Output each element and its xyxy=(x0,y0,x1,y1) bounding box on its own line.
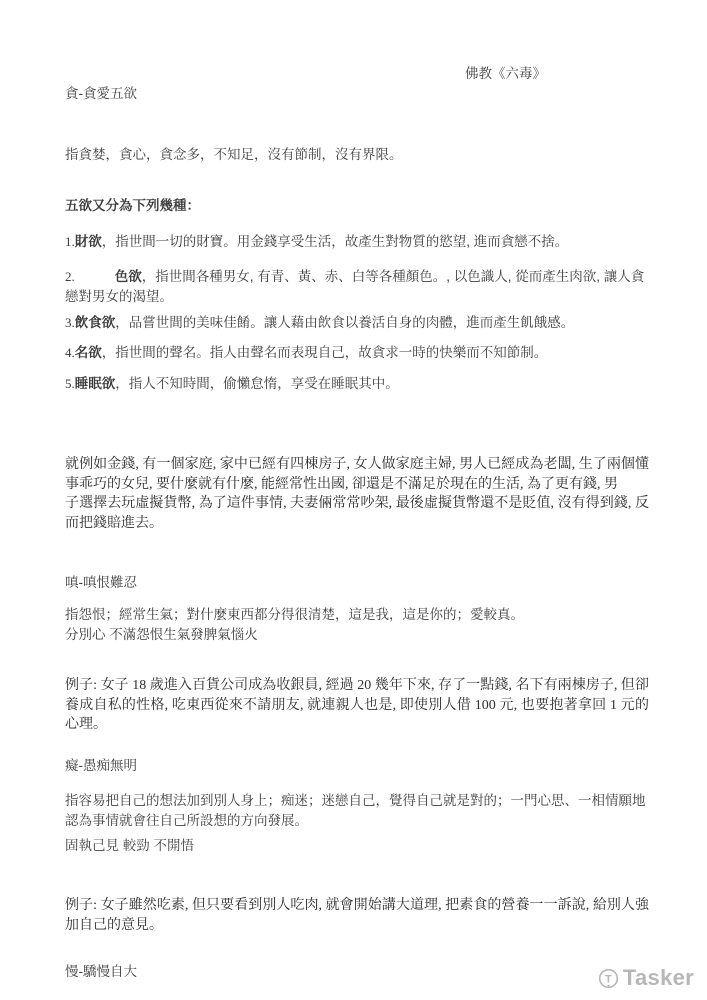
document-title: 佛教《六毒》 xyxy=(465,62,546,82)
item-term: 色欲 xyxy=(115,269,142,284)
document-page: 佛教《六毒》 貪-貪愛五欲 指貪婪，貪心，貪念多，不知足，沒有節制，沒有界限。 … xyxy=(0,0,707,1000)
desire-item-food: 3.飲食欲，品嘗世間的美味佳餚。讓人藉由飲食以養活自身的肉體，進而產生飢餓感。 xyxy=(65,313,649,333)
ignorance-note: 固執己見 較勁 不開悟 xyxy=(65,836,649,856)
ignorance-definition: 指容易把自己的想法加到別人身上；痴迷；迷戀自己，覺得自己就是對的；一門心思、一相… xyxy=(65,791,649,831)
svg-text:T: T xyxy=(605,973,612,985)
section-heading-anger: 嗔-嗔恨難忍 xyxy=(65,573,649,593)
item-text: ，指世間的聲名。指人由聲名而表現自己，故貪求一時的快樂而不知節制。 xyxy=(102,345,548,360)
greed-definition: 指貪婪，貪心，貪念多，不知足，沒有節制，沒有界限。 xyxy=(65,145,649,165)
ignorance-example: 例子: 女子雖然吃素, 但只要看到別人吃肉, 就會開始講大道理, 把素食的營養一… xyxy=(65,896,649,935)
item-text: ，指人不知時間，偷懶怠惰，享受在睡眠其中。 xyxy=(115,376,399,391)
item-number: 5. xyxy=(65,376,75,391)
desire-item-wealth: 1.財欲，指世間一切的財寶。用金錢享受生活，故產生對物質的慾望, 進而貪戀不捨。 xyxy=(65,232,649,252)
item-term: 睡眠欲 xyxy=(75,376,116,391)
tasker-logo-icon: T xyxy=(597,967,620,990)
anger-definition: 指怨恨；經常生氣；對什麼東西都分得很清楚，這是我，這是你的；愛較真。 分別心 不… xyxy=(65,605,649,645)
item-term: 財欲 xyxy=(75,234,102,249)
item-term: 飲食欲 xyxy=(75,315,116,330)
anger-example: 例子: 女子 18 歲進入百貨公司成為收銀員, 經過 20 幾年下來, 存了一點… xyxy=(65,676,649,735)
item-text: ，指世間一切的財寶。用金錢享受生活，故產生對物質的慾望, 進而貪戀不捨。 xyxy=(102,234,569,249)
watermark: T Tasker xyxy=(597,965,694,991)
desire-item-fame: 4.名欲，指世間的聲名。指人由聲名而表現自己，故貪求一時的快樂而不知節制。 xyxy=(65,343,649,363)
desire-item-sleep: 5.睡眠欲，指人不知時間，偷懶怠惰，享受在睡眠其中。 xyxy=(65,374,649,394)
greed-example: 就例如金錢, 有一個家庭, 家中已經有四棟房子, 女人做家庭主婦, 男人已經成為… xyxy=(65,455,649,533)
item-text: ，品嘗世間的美味佳餚。讓人藉由飲食以養活自身的肉體，進而產生飢餓感。 xyxy=(115,315,574,330)
desire-item-lust: 2.色欲，指世間各種男女, 有青、黃、赤、白等各種顏色。, 以色識人, 從而產生… xyxy=(65,267,649,307)
section-heading-greed: 貪-貪愛五欲 xyxy=(65,84,649,104)
item-number: 2. xyxy=(65,269,75,284)
item-text: ，指世間各種男女, 有青、黃、赤、白等各種顏色。, 以色識人, 從而產生肉欲, … xyxy=(65,269,644,304)
item-number: 3. xyxy=(65,315,75,330)
item-number: 4. xyxy=(65,345,75,360)
section-heading-ignorance: 癡-愚痴無明 xyxy=(65,756,649,776)
greed-list-intro: 五欲又分為下列幾種： xyxy=(65,196,649,216)
item-term: 名欲 xyxy=(75,345,102,360)
section-heading-pride: 慢-驕慢自大 xyxy=(65,962,649,982)
item-number: 1. xyxy=(65,234,75,249)
watermark-text: Tasker xyxy=(623,965,694,991)
